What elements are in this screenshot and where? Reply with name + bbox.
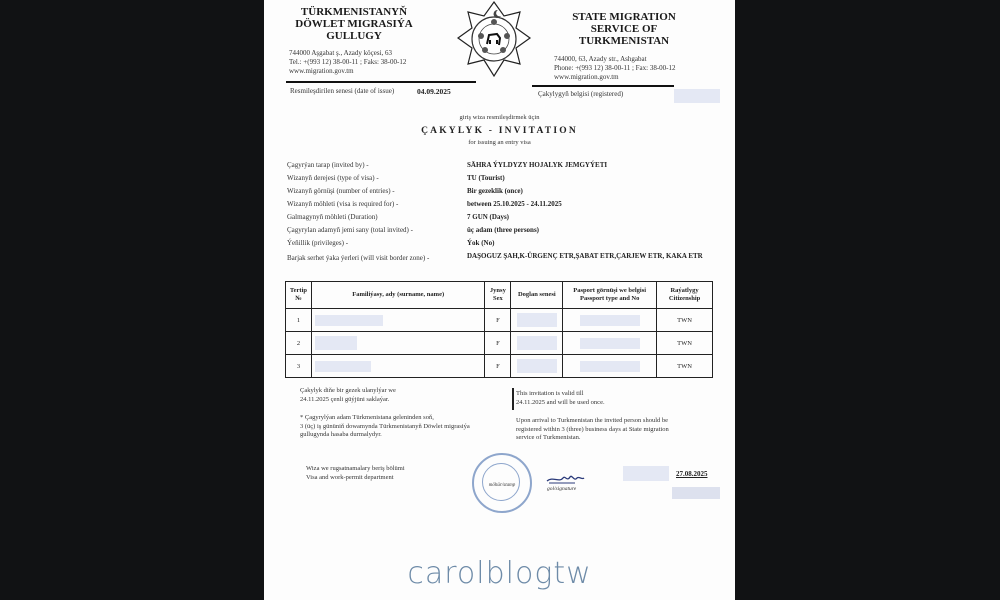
note-line: This invitation is valid till <box>516 390 716 399</box>
redacted-footer-block <box>672 487 720 499</box>
field-label-total-invited: Çagyrylan adamyň jemi sany (total invite… <box>287 224 477 237</box>
title-pre: giriş wiza resmileşdirmek üçin <box>264 114 735 123</box>
website-line: www.migration.gov.tm <box>289 67 469 76</box>
redacted-dob <box>517 313 557 327</box>
note-divider <box>512 388 514 410</box>
note-registration-en: Upon arrival to Turkmenistan the invited… <box>516 417 726 443</box>
row-no: 2 <box>286 332 312 355</box>
col-header-passport: Pasport görnüşi we belgisi Passport type… <box>563 282 657 309</box>
col-header-no: Tertip № <box>286 282 312 309</box>
note-line: * Çagyrylýan adam Türkmenistana gelenind… <box>300 414 520 423</box>
field-value-privileges: Ýok (No) <box>467 237 717 250</box>
row-dob <box>511 332 563 355</box>
note-line: 3 (üç) iş gününiň dowamynda Türkmenistan… <box>300 423 520 432</box>
registered-label: Çakylygyň belgisi (registered) <box>538 90 623 99</box>
note-validity-tk: Çakylyk diňe bir gezek ulanylýar we 24.1… <box>300 387 510 404</box>
phone-line: Tel.: +(993 12) 38-00-11 ; Faks: 38-00-1… <box>289 58 469 67</box>
note-line: 24.11.2025 and will be used once. <box>516 399 716 408</box>
redacted-name <box>315 336 357 350</box>
row-name <box>311 355 484 378</box>
table-header-row: Tertip № Familiýasy, ady (surname, name)… <box>286 282 713 309</box>
row-passport <box>563 355 657 378</box>
note-line: Çakylyk diňe bir gezek ulanylýar we <box>300 387 510 396</box>
website-line: www.migration.gov.tm <box>554 73 734 82</box>
table-row: 1 F TWN <box>286 309 713 332</box>
invitees-table: Tertip № Familiýasy, ady (surname, name)… <box>285 281 713 378</box>
redacted-passport <box>580 338 640 349</box>
redacted-name <box>315 361 371 372</box>
row-sex: F <box>485 355 511 378</box>
field-value-entries: Bir gezeklik (once) <box>467 185 717 198</box>
field-value-duration: 7 GUN (Days) <box>467 211 717 224</box>
signature-label: gol/signature <box>547 486 576 492</box>
field-label-visa-type: Wizanyň derejesi (type of visa) - <box>287 172 477 185</box>
field-value-visa-period: between 25.10.2025 - 24.11.2025 <box>467 198 717 211</box>
field-value-visa-type: TU (Tourist) <box>467 172 717 185</box>
signature-icon <box>545 472 585 486</box>
redacted-passport <box>580 361 640 372</box>
title-sub: for issuing an entry visa <box>264 139 735 148</box>
row-dob <box>511 355 563 378</box>
row-name <box>311 332 484 355</box>
row-citizenship: TWN <box>657 309 713 332</box>
row-no: 3 <box>286 355 312 378</box>
note-line: Upon arrival to Turkmenistan the invited… <box>516 417 726 426</box>
col-header-name: Familiýasy, ady (surname, name) <box>311 282 484 309</box>
department-name: Wiza we rugsatnamalary beriş bölümi Visa… <box>306 465 466 482</box>
header-right-line-1: STATE MIGRATION <box>554 11 694 23</box>
header-right-line-2: SERVICE OF <box>554 23 694 35</box>
invitation-document: TÜRKMENISTANYŇ DÖWLET MIGRASIÝA GULLUGY … <box>264 0 735 600</box>
department-line-en: Visa and work-permit department <box>306 474 466 483</box>
field-label-privileges: Ýeňillik (privileges) - <box>287 237 477 250</box>
col-header-sex: Jynsy Sex <box>485 282 511 309</box>
header-left-line-3: GULLUGY <box>274 30 434 42</box>
row-no: 1 <box>286 309 312 332</box>
row-dob <box>511 309 563 332</box>
watermark: carolblogtw <box>264 556 735 591</box>
note-validity-en: This invitation is valid till 24.11.2025… <box>516 390 716 407</box>
field-value-invited-by: SÄHRA ÝYLDYZY HOJALYK JEMGYÝETI <box>467 159 717 172</box>
note-line: service of Turkmenistan. <box>516 434 726 443</box>
stamp-label: möhür/stamp <box>474 483 530 488</box>
header-right-title: STATE MIGRATION SERVICE OF TURKMENISTAN <box>554 11 694 47</box>
field-label-visa-period: Wizanyň möhleti (visa is required for) - <box>287 198 477 211</box>
redacted-signatory <box>623 466 669 481</box>
document-title: ÇAKYLYK - INVITATION <box>264 126 735 136</box>
header-right-line-3: TURKMENISTAN <box>554 35 694 47</box>
header-rule-right <box>532 85 674 87</box>
redacted-dob <box>517 336 557 350</box>
col-header-dob: Doglan senesi <box>511 282 563 309</box>
date-of-issue: 04.09.2025 <box>417 87 451 96</box>
row-citizenship: TWN <box>657 355 713 378</box>
date-of-issue-label: Resmileşdirilen senesi (date of issue) <box>290 87 394 96</box>
row-sex: F <box>485 332 511 355</box>
redacted-passport <box>580 315 640 326</box>
row-citizenship: TWN <box>657 332 713 355</box>
header-left-line-2: DÖWLET MIGRASIÝA <box>274 18 434 30</box>
field-value-border-zone: DAŞOGUZ ŞAH,K-ÜRGENÇ ETR,ŞABAT ETR,ÇARJE… <box>467 252 717 261</box>
field-label-invited-by: Çagyrýan tarap (invited by) - <box>287 159 477 172</box>
field-labels: Çagyrýan tarap (invited by) - Wizanyň de… <box>287 159 477 265</box>
header-left-address: 744000 Aşgabat ş., Azady köçesi, 63 Tel.… <box>289 49 469 76</box>
field-values: SÄHRA ÝYLDYZY HOJALYK JEMGYÝETI TU (Tour… <box>467 159 717 261</box>
field-label-border-zone: Barjak serhet ýaka ýerleri (will visit b… <box>287 252 477 265</box>
field-label-duration: Galmagynyň möhleti (Duration) <box>287 211 477 224</box>
stamp-inner-ring <box>482 463 520 501</box>
note-line: registered within 3 (three) business day… <box>516 426 726 435</box>
row-name <box>311 309 484 332</box>
field-value-total-invited: üç adam (three persons) <box>467 224 717 237</box>
state-emblem-icon <box>454 0 534 78</box>
header-right-address: 744000, 63, Azady str., Ashgabat Phone: … <box>554 55 734 82</box>
table-row: 3 F TWN <box>286 355 713 378</box>
header-left-line-1: TÜRKMENISTANYŇ <box>274 6 434 18</box>
table-row: 2 F TWN <box>286 332 713 355</box>
redacted-registration-number <box>674 89 720 103</box>
note-line: gullugynda hasaba durmalydyr. <box>300 431 520 440</box>
redacted-dob <box>517 359 557 373</box>
header-left-title: TÜRKMENISTANYŇ DÖWLET MIGRASIÝA GULLUGY <box>274 6 434 42</box>
official-stamp-icon: möhür/stamp <box>472 453 532 513</box>
note-line: 24.11.2025 çenli güýjüni saklaýar. <box>300 396 510 405</box>
address-line: 744000 Aşgabat ş., Azady köçesi, 63 <box>289 49 469 58</box>
row-passport <box>563 309 657 332</box>
row-sex: F <box>485 309 511 332</box>
redacted-name <box>315 315 383 326</box>
address-line: 744000, 63, Azady str., Ashgabat <box>554 55 734 64</box>
field-label-entries: Wizanyň görnüşi (number of entries) - <box>287 185 477 198</box>
col-header-citizenship: Raýatlygy Citizenship <box>657 282 713 309</box>
note-registration-tk: * Çagyrylýan adam Türkmenistana gelenind… <box>300 414 520 440</box>
signature-date: 27.08.2025 <box>676 470 708 478</box>
row-passport <box>563 332 657 355</box>
header-rule-left <box>286 81 476 83</box>
department-line-tk: Wiza we rugsatnamalary beriş bölümi <box>306 465 466 474</box>
phone-line: Phone: +(993 12) 38-00-11 ; Fax: 38-00-1… <box>554 64 734 73</box>
